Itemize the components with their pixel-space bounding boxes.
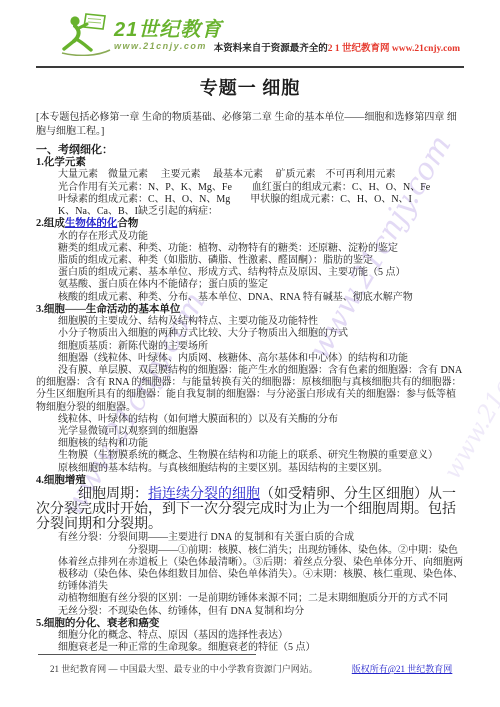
doc-blocks: 一、考纲细化：1.化学元素大量元素 微量元素 主要元素 最基本元素 矿质元素 不… xyxy=(36,144,464,655)
text-line: 生物膜（生物膜系统的概念、生物膜在结构和功能上的联系、研究生物膜的重要意义） xyxy=(36,450,464,462)
text-line: 叶绿素的组成元素：C、H、O、N、Mg 甲状腺的组成元素：C、H、O、N、I xyxy=(36,194,464,206)
logo-brand-text: 21世纪教育 xyxy=(114,20,222,40)
text-run: 脂质的组成元素、种类（如脂肪、磷脂、性激素、醛固酮）：脂肪的鉴定 xyxy=(58,255,373,266)
text-line: 原核细胞的基本结构。与真核细胞结构的主要区别。基因结构的主要区别。 xyxy=(36,463,464,475)
text-run: 没有膜、单层膜、双层膜结构的细胞器：能产生水的细胞器：含有色素的细胞器：含有 D… xyxy=(36,365,462,413)
text-run: K、Na、Ca、B、I缺乏引起的病症： xyxy=(58,206,218,217)
footer-copyright-link[interactable]: 版权所有@21 世纪教育网 xyxy=(352,664,453,674)
text-run: 5.细胞的分化、衰老和癌变 xyxy=(36,618,159,629)
text-run: 细胞周期： xyxy=(78,487,148,502)
text-run: 4.细胞增殖 xyxy=(36,475,86,486)
text-run: 动植物细胞有丝分裂的区别：一是前期纺锤体来源不同；二是末期细胞质分开的方式不同 xyxy=(58,593,448,604)
page-footer: 21 世纪教育网 — 中国最大型、最专业的中小学教育资源门户网站。版权所有@21… xyxy=(50,662,460,675)
text-line: 细胞质基质：新陈代谢的主要场所 xyxy=(36,341,464,353)
text-line: 细胞分化的概念、特点、原因（基因的选择性表达） xyxy=(36,630,464,642)
text-run: 1.化学元素 xyxy=(36,157,86,168)
text-run: 叶绿素的组成元素：C、H、O、N、Mg 甲状腺的组成元素：C、H、O、N、I xyxy=(58,194,412,205)
document-body: [本专题包括必修第一章 生命的物质基础、必修第二章 生命的基本单位——细胞和选修… xyxy=(36,111,464,655)
text-run: 细胞质基质：新陈代谢的主要场所 xyxy=(58,341,208,352)
text-run: 细胞器（线粒体、叶绿体、内质网、核糖体、高尔基体和中心体）的结构和功能 xyxy=(58,353,408,364)
text-line: 蛋白质的组成元素、基本单位、形成方式、结构特点及原因、主要功能（5 点） xyxy=(36,267,464,279)
cell-cycle-paragraph: 细胞周期：指连续分裂的细胞（如受精卵、分生区细胞）从一次分裂完成时开始，到下一次… xyxy=(36,487,464,532)
text-run: 分裂期——①前期：核膜、核仁消失；出现纺锤体、染色体。②中期：染色体着丝点排列在… xyxy=(58,545,463,593)
text-line: 细胞膜的主要成分、结构及结构特点、主要功能及功能特性 xyxy=(36,316,464,328)
header-divider xyxy=(36,66,464,68)
text-run: 氨基酸、蛋白质在体内不能储存；蛋白质的鉴定 xyxy=(58,279,268,290)
text-line: 动植物细胞有丝分裂的区别：一是前期纺锤体来源不同；二是末期细胞质分开的方式不同 xyxy=(36,593,464,605)
site-logo[interactable]: 21世纪教育 www.21cnjy.com xyxy=(60,12,222,56)
text-run: 糖类的组成元素、种类、功能：植物、动物特有的糖类：还原糖、淀粉的鉴定 xyxy=(58,243,398,254)
inline-link[interactable]: 生物体的化 xyxy=(65,218,118,229)
text-run: 3.细胞——生命活动的基本单位 xyxy=(36,304,180,315)
text-run: 细胞核的结构和功能 xyxy=(58,438,148,449)
text-line: 线粒体、叶绿体的结构（如何增大膜面积的）以及有关酶的分布 xyxy=(36,414,464,426)
text-line: 氨基酸、蛋白质在体内不能储存；蛋白质的鉴定 xyxy=(36,279,464,291)
text-line: 小分子物质出入细胞的两种方式比较、大分子物质出入细胞的方式 xyxy=(36,328,464,340)
tagline-prefix: 本资料来自于资源最齐全的 xyxy=(214,44,328,54)
header-tagline: 本资料来自于资源最齐全的2 1 世纪教育网 www.21cnjy.com xyxy=(214,40,460,54)
text-run: 水的存在形式及功能 xyxy=(58,231,148,242)
text-run: 核酸的组成元素、种类、分布、基本单位、DNA、RNA 特有碱基、彻底水解产物 xyxy=(58,292,413,303)
text-line: 没有膜、单层膜、双层膜结构的细胞器：能产生水的细胞器：含有色素的细胞器：含有 D… xyxy=(36,365,464,414)
text-run: 细胞膜的主要成分、结构及结构特点、主要功能及功能特性 xyxy=(58,316,318,327)
text-line: 大量元素 微量元素 主要元素 最基本元素 矿质元素 不可再利用元素 xyxy=(36,169,464,181)
text-line: 细胞核的结构和功能 xyxy=(36,438,464,450)
text-line: 细胞衰老是一种正常的生命现象。细胞衰老的特征（5 点） xyxy=(36,642,464,654)
text-run: 光学显微镜可以观察到的细胞器 xyxy=(58,426,198,437)
text-line: 光学显微镜可以观察到的细胞器 xyxy=(36,426,464,438)
sub-heading-4: 4.细胞增殖 xyxy=(36,475,464,487)
document-page: 21世纪教育 www.21cnjy.com 本资料来自于资源最齐全的2 1 世纪… xyxy=(0,0,500,707)
section-heading-outline: 一、考纲细化： xyxy=(36,144,464,157)
text-run: 原核细胞的基本结构。与真核细胞结构的主要区别。基因结构的主要区别。 xyxy=(58,463,388,474)
sub-heading-5: 5.细胞的分化、衰老和癌变 xyxy=(36,618,464,630)
text-line: 光合作用有关元素：N、P、K、Mg、Fe 血红蛋白的组成元素：C、H、O、N、F… xyxy=(36,182,464,194)
tagline-site-link[interactable]: 2 1 世纪教育网 www.21cnjy.com xyxy=(328,44,460,54)
text-run: 有丝分裂：分裂间期——主要进行 DNA 的复制和有关蛋白质的合成 xyxy=(58,532,354,543)
footer-divider xyxy=(38,654,256,655)
sub-heading-3: 3.细胞——生命活动的基本单位 xyxy=(36,304,464,316)
text-line: 糖类的组成元素、种类、功能：植物、动物特有的糖类：还原糖、淀粉的鉴定 xyxy=(36,243,464,255)
text-line: K、Na、Ca、B、I缺乏引起的病症： xyxy=(36,206,464,218)
text-run: 细胞衰老是一种正常的生命现象。细胞衰老的特征（5 点） xyxy=(58,642,316,653)
inline-link[interactable]: 指连续分裂的细胞 xyxy=(148,487,260,502)
page-title: 专题一 细胞 xyxy=(0,74,500,100)
text-line: 有丝分裂：分裂间期——主要进行 DNA 的复制和有关蛋白质的合成 xyxy=(36,532,464,544)
running-figure-icon xyxy=(60,12,112,56)
text-run: 光合作用有关元素：N、P、K、Mg、Fe 血红蛋白的组成元素：C、H、O、N、F… xyxy=(58,182,430,193)
intro-paragraph: [本专题包括必修第一章 生命的物质基础、必修第二章 生命的基本单位——细胞和选修… xyxy=(36,111,464,139)
text-line: 水的存在形式及功能 xyxy=(36,231,464,243)
text-run: 小分子物质出入细胞的两种方式比较、大分子物质出入细胞的方式 xyxy=(58,328,348,339)
text-run: 合物 xyxy=(117,218,138,229)
sub-heading-1: 1.化学元素 xyxy=(36,157,464,169)
logo-text-block: 21世纪教育 www.21cnjy.com xyxy=(114,20,222,51)
text-run: 大量元素 微量元素 主要元素 最基本元素 矿质元素 不可再利用元素 xyxy=(58,169,396,180)
text-run: 无丝分裂：不现染色体、纺锤体，但有 DNA 复制和均分 xyxy=(58,606,304,617)
text-run: 线粒体、叶绿体的结构（如何增大膜面积的）以及有关酶的分布 xyxy=(58,414,338,425)
text-run: 细胞分化的概念、特点、原因（基因的选择性表达） xyxy=(58,630,288,641)
logo-site-text: www.21cnjy.com xyxy=(114,42,222,51)
text-line: 核酸的组成元素、种类、分布、基本单位、DNA、RNA 特有碱基、彻底水解产物 xyxy=(36,292,464,304)
footer-text: 21 世纪教育网 — 中国最大型、最专业的中小学教育资源门户网站。 xyxy=(50,664,318,674)
text-run: 一、考纲细化： xyxy=(36,144,113,156)
text-run: 生物膜（生物膜系统的概念、生物膜在结构和功能上的联系、研究生物膜的重要意义） xyxy=(58,450,438,461)
sub-heading-2: 2.组成生物体的化合物 xyxy=(36,218,464,230)
text-line: 脂质的组成元素、种类（如脂肪、磷脂、性激素、醛固酮）：脂肪的鉴定 xyxy=(36,255,464,267)
page-header: 21世纪教育 www.21cnjy.com 本资料来自于资源最齐全的2 1 世纪… xyxy=(0,10,500,58)
text-line: 细胞器（线粒体、叶绿体、内质网、核糖体、高尔基体和中心体）的结构和功能 xyxy=(36,353,464,365)
text-line: 分裂期——①前期：核膜、核仁消失；出现纺锤体、染色体。②中期：染色体着丝点排列在… xyxy=(36,545,464,594)
text-run: 2.组成 xyxy=(36,218,65,229)
text-line: 无丝分裂：不现染色体、纺锤体，但有 DNA 复制和均分 xyxy=(36,606,464,618)
text-run: 蛋白质的组成元素、基本单位、形成方式、结构特点及原因、主要功能（5 点） xyxy=(58,267,406,278)
